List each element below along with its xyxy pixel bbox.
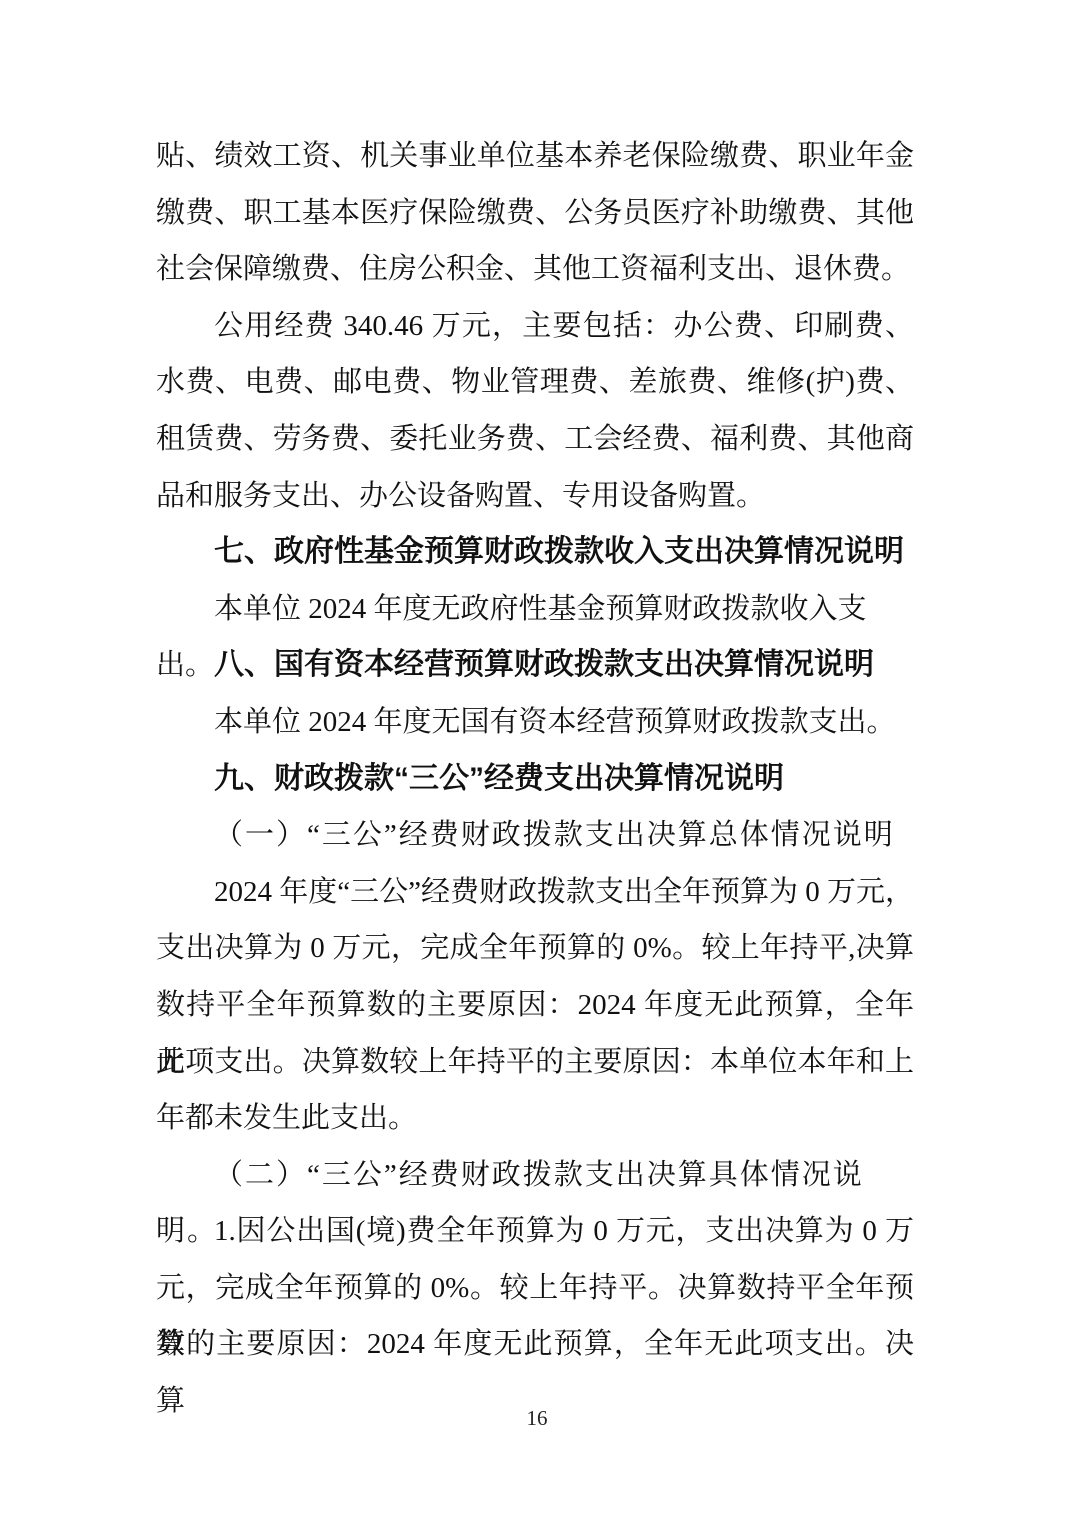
text-line: 数的主要原因：2024 年度无此预算，全年无此项支出。决算 (156, 1316, 914, 1373)
section-heading: 八、国有资本经营预算财政拨款支出决算情况说明 (156, 637, 914, 694)
text-line: 本单位 2024 年度无政府性基金预算财政拨款收入支出。 (156, 581, 914, 638)
document-body: 贴、绩效工资、机关事业单位基本养老保险缴费、职业年金缴费、职工基本医疗保险缴费、… (156, 128, 914, 1373)
text-line: 租赁费、劳务费、委托业务费、工会经费、福利费、其他商 (156, 411, 914, 468)
text-line: 社会保障缴费、住房公积金、其他工资福利支出、退休费。 (156, 241, 914, 298)
text-line: 贴、绩效工资、机关事业单位基本养老保险缴费、职业年金 (156, 128, 914, 185)
text-line: 此项支出。决算数较上年持平的主要原因：本单位本年和上 (156, 1034, 914, 1091)
text-line: 公用经费 340.46 万元，主要包括：办公费、印刷费、 (156, 298, 914, 355)
text-line: 本单位 2024 年度无国有资本经营预算财政拨款支出。 (156, 694, 914, 751)
text-line: 2024 年度“三公”经费财政拨款支出全年预算为 0 万元， (156, 864, 914, 921)
text-line: 年都未发生此支出。 (156, 1090, 914, 1147)
text-line: 元，完成全年预算的 0%。较上年持平。决算数持平全年预算 (156, 1260, 914, 1317)
section-heading: 九、财政拨款“三公”经费支出决算情况说明 (156, 751, 914, 808)
page-number: 16 (0, 1406, 1074, 1431)
text-line: 1.因公出国(境)费全年预算为 0 万元，支出决算为 0 万 (156, 1203, 914, 1260)
text-line: 品和服务支出、办公设备购置、专用设备购置。 (156, 468, 914, 525)
sub-heading: （一）“三公”经费财政拨款支出决算总体情况说明 (156, 807, 914, 864)
sub-heading: （二）“三公”经费财政拨款支出决算具体情况说明。 (156, 1147, 914, 1204)
document-page: 贴、绩效工资、机关事业单位基本养老保险缴费、职业年金缴费、职工基本医疗保险缴费、… (0, 0, 1074, 1520)
text-line: 水费、电费、邮电费、物业管理费、差旅费、维修(护)费、 (156, 354, 914, 411)
text-line: 支出决算为 0 万元，完成全年预算的 0%。较上年持平,决算 (156, 920, 914, 977)
section-heading: 七、政府性基金预算财政拨款收入支出决算情况说明 (156, 524, 914, 581)
text-line: 数持平全年预算数的主要原因：2024 年度无此预算，全年无 (156, 977, 914, 1034)
text-line: 缴费、职工基本医疗保险缴费、公务员医疗补助缴费、其他 (156, 185, 914, 242)
